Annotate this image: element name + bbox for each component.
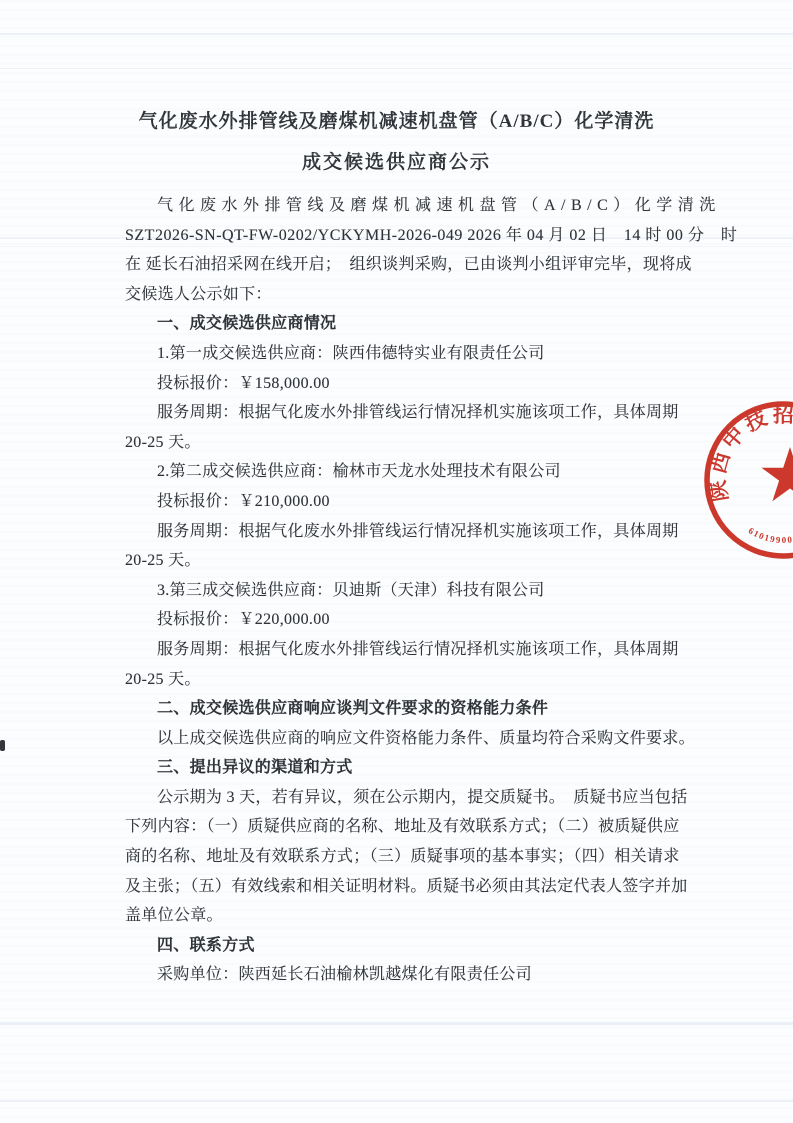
doc-section-heading: 四、联系方式 (125, 931, 691, 961)
doc-line: 商的名称、地址及有效联系方式；（三）质疑事项的基本事实；（四）相关请求 (125, 842, 691, 872)
doc-line: 20-25 天。 (125, 428, 691, 458)
scan-artifact-mark (0, 740, 5, 751)
doc-line: 以上成交候选供应商的响应文件资格能力条件、质量均符合采购文件要求。 (125, 724, 691, 754)
doc-line: 服务周期：根据气化废水外排管线运行情况择机实施该项工作，具体周期 (125, 517, 691, 547)
doc-section-heading: 一、成交候选供应商情况 (125, 309, 691, 339)
doc-title-line-2: 成交候选供应商公示 (0, 147, 793, 174)
doc-line: 气化废水外排管线及磨煤机减速机盘管（A/B/C）化学清洗 (125, 191, 691, 221)
doc-line: 公示期为 3 天，若有异议，须在公示期内，提交质疑书。 质疑书应当包括 (125, 783, 691, 813)
doc-line: 20-25 天。 (125, 546, 691, 576)
svg-text:6101990001142: 6101990001142 (747, 524, 793, 545)
doc-section-heading: 三、提出异议的渠道和方式 (125, 753, 691, 783)
doc-line: 及主张；（五）有效线索和相关证明材料。质疑书必须由其法定代表人签字并加 (125, 872, 691, 902)
doc-line: 3.第三成交候选供应商：贝迪斯（天津）科技有限公司 (125, 576, 691, 606)
doc-line: 采购单位：陕西延长石油榆林凯越煤化有限责任公司 (125, 960, 691, 990)
doc-line: 2.第二成交候选供应商：榆林市天龙水处理技术有限公司 (125, 457, 691, 487)
doc-line: 20-25 天。 (125, 665, 691, 695)
official-seal: 陕西中技招 6101990001142 (683, 380, 793, 580)
doc-line: 1.第一成交候选供应商：陕西伟德特实业有限责任公司 (125, 339, 691, 369)
scan-artifact-line (0, 1100, 793, 1102)
doc-line: 交候选人公示如下： (125, 280, 691, 310)
doc-section-heading: 二、成交候选供应商响应谈判文件要求的资格能力条件 (125, 694, 691, 724)
doc-line: 服务周期：根据气化废水外排管线运行情况择机实施该项工作，具体周期 (125, 635, 691, 665)
seal-serial-number: 6101990001142 (747, 524, 793, 545)
doc-line: 盖单位公章。 (125, 901, 691, 931)
doc-line: 投标报价：￥220,000.00 (125, 605, 691, 635)
doc-line: 在 延长石油招采网在线开启； 组织谈判采购，已由谈判小组评审完毕，现将成 (125, 250, 691, 280)
doc-line: 服务周期：根据气化废水外排管线运行情况择机实施该项工作，具体周期 (125, 398, 691, 428)
doc-line: SZT2026-SN-QT-FW-0202/YCKYMH-2026-049 20… (125, 221, 691, 251)
doc-line: 投标报价：￥210,000.00 (125, 487, 691, 517)
seal-star-icon (762, 447, 793, 501)
doc-title-line-1: 气化废水外排管线及磨煤机减速机盘管（A/B/C）化学清洗 (0, 0, 793, 133)
scan-artifact-line (0, 1022, 793, 1025)
doc-body: 气化废水外排管线及磨煤机减速机盘管（A/B/C）化学清洗 SZT2026-SN-… (125, 191, 691, 990)
doc-line: 下列内容：（一）质疑供应商的名称、地址及有效联系方式；（二）被质疑供应 (125, 812, 691, 842)
document-page: 气化废水外排管线及磨煤机减速机盘管（A/B/C）化学清洗 成交候选供应商公示 气… (0, 0, 793, 1123)
doc-line: 投标报价：￥158,000.00 (125, 369, 691, 399)
